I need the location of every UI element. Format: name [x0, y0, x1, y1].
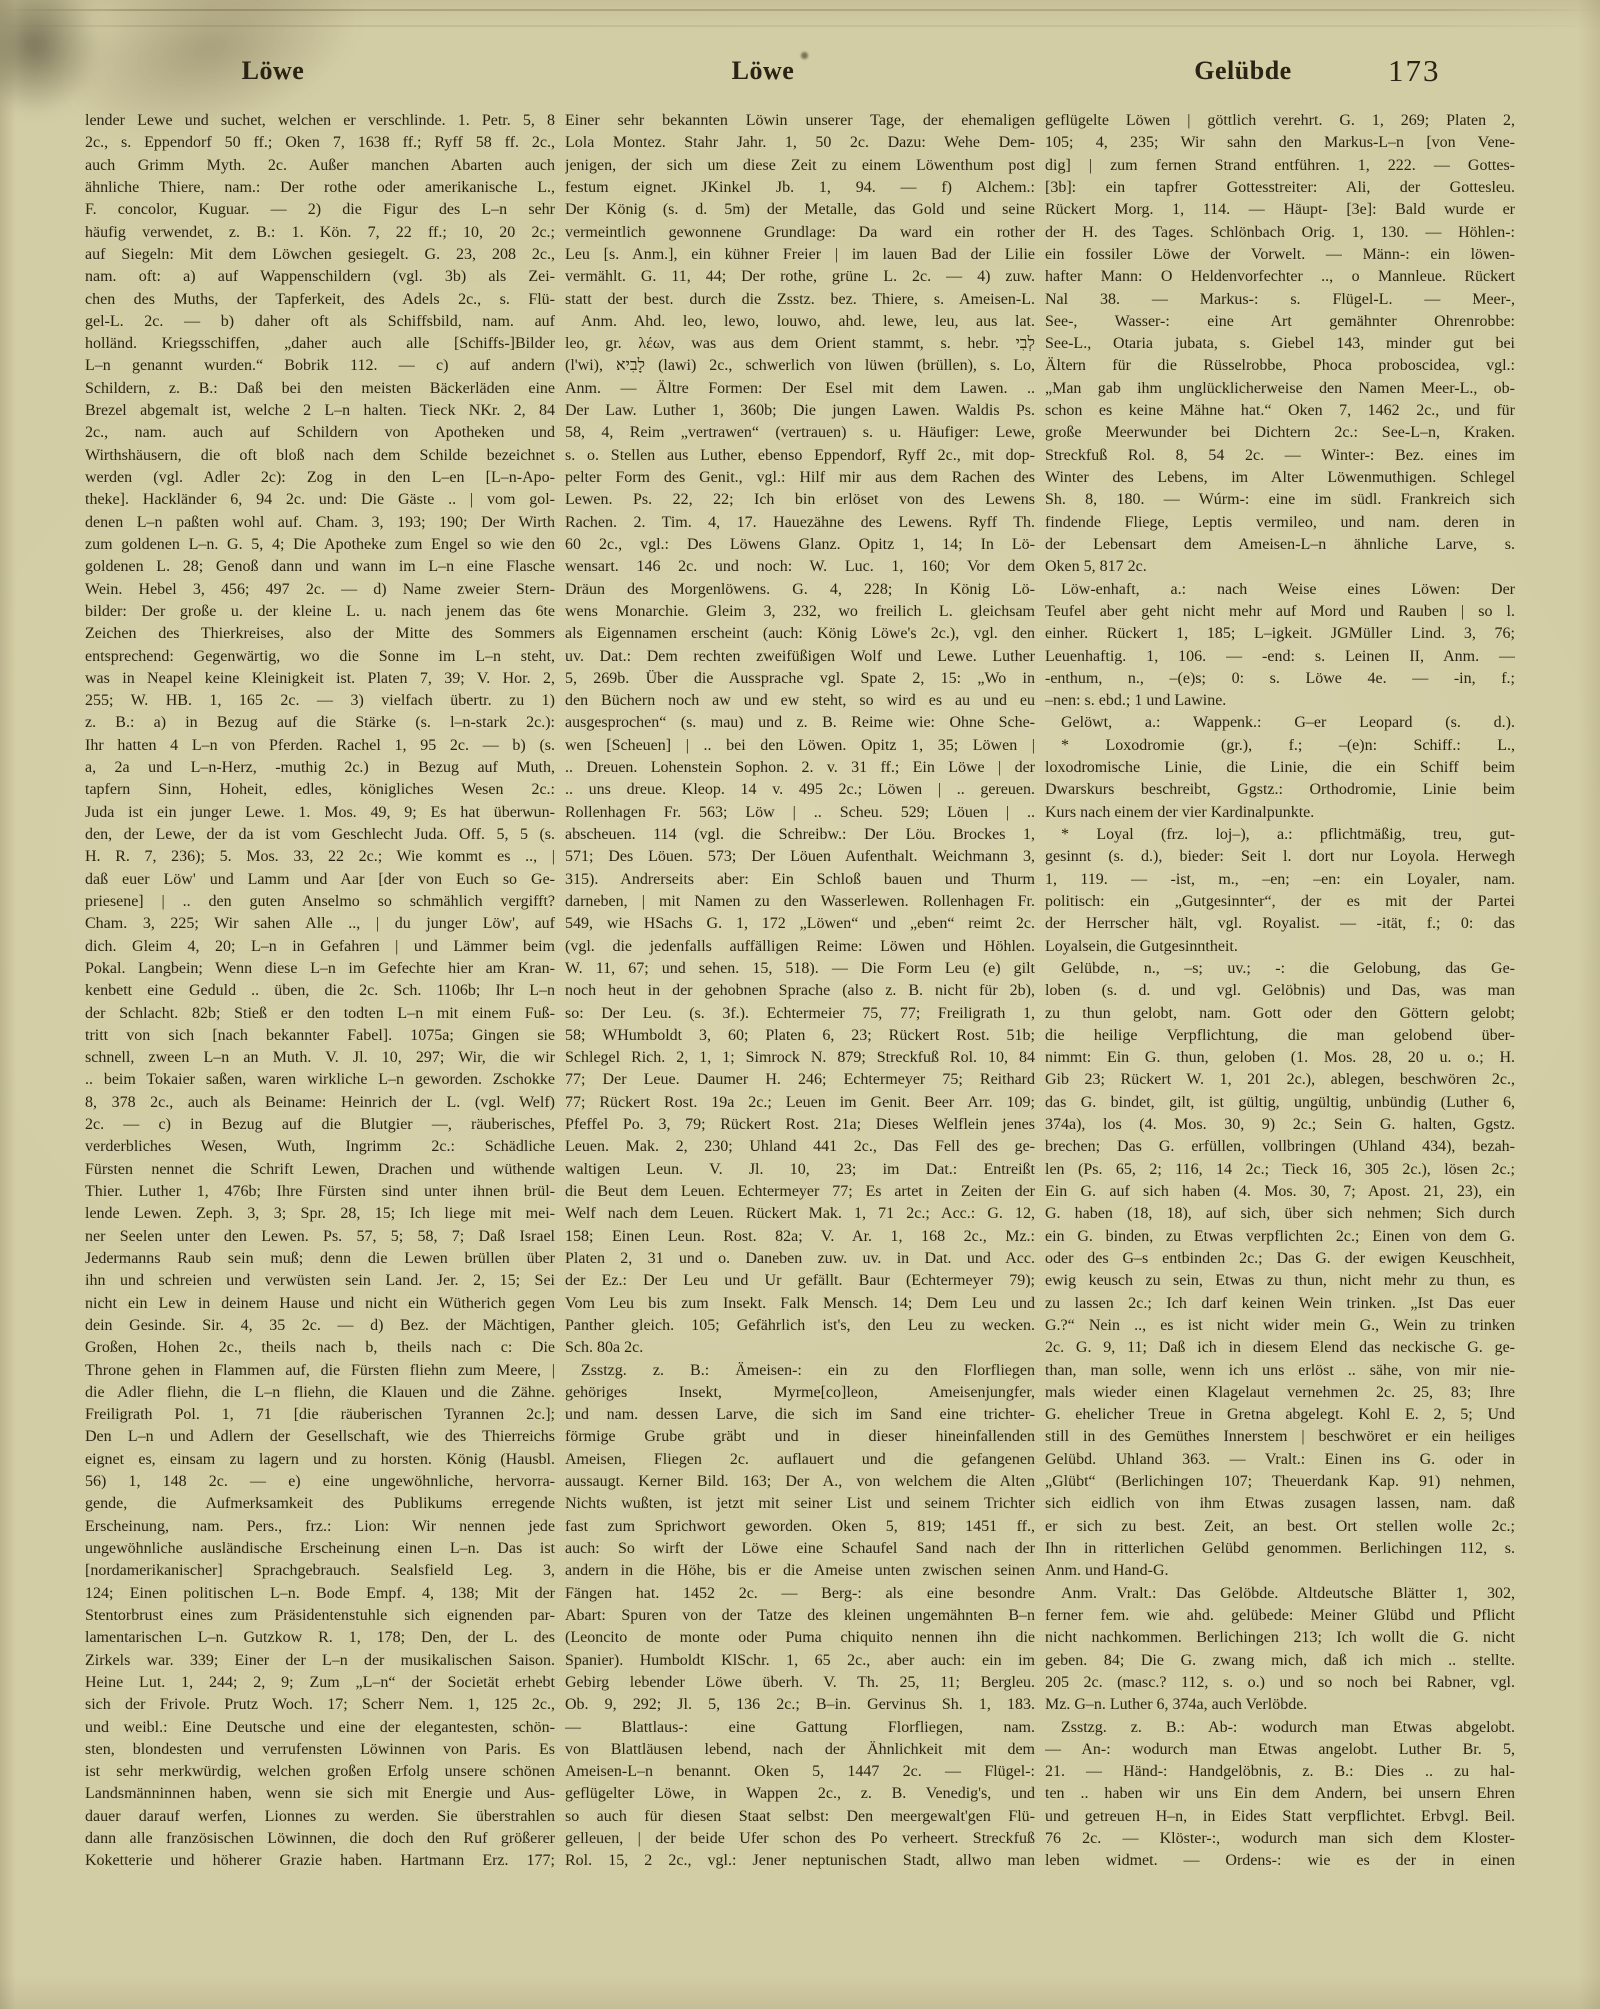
text-line: der Schlacht. 82b; Stieß er den todten L… — [85, 1003, 555, 1025]
text-line: kenbett eine Geduld .. üben, die 2c. Sch… — [85, 980, 555, 1002]
text-line: Fürsten nennet die Schrift Lewen, Drache… — [85, 1159, 555, 1181]
text-line: der H. des Tages. Schlönbach Orig. 1, 13… — [1045, 222, 1515, 244]
text-line: Gelöwt, a.: Wappenk.: G–er Leopard (s. d… — [1045, 712, 1515, 734]
text-line: Ein G. auf sich haben (4. Mos. 30, 7; Ap… — [1045, 1181, 1515, 1203]
text-line: nicht nachkommen. Berlichingen 213; Ich … — [1045, 1627, 1515, 1649]
text-line: Anm. und Hand-G. — [1045, 1560, 1515, 1582]
text-line: 205 2c. (masc.? 112, s. o.) und so noch … — [1045, 1672, 1515, 1694]
text-line: Streckfuß Rol. 8, 54 2c. — Winter-: Bez.… — [1045, 445, 1515, 467]
text-line: Loyalsein, die Gutgesinntheit. — [1045, 936, 1515, 958]
text-line: oder des G–s entbinden 2c.; Das G. der e… — [1045, 1248, 1515, 1270]
text-line: Brezel abgemalt ist, welche 2 L–n halten… — [85, 400, 555, 422]
running-head-center: Löwe — [690, 56, 836, 86]
text-line: geben. 84; Die G. zwang mich, daß ich mi… — [1045, 1650, 1515, 1672]
text-line: Juda ist ein junger Lewe. 1. Mos. 49, 9;… — [85, 802, 555, 824]
text-line: .. beim Tokaier saßen, waren wirkliche L… — [85, 1069, 555, 1091]
text-line: der Ez.: Der Leu und Ur gefällt. Baur (E… — [565, 1270, 1035, 1292]
text-line: gehöriges Insekt, Myrme[co]leon, Ameisen… — [565, 1382, 1035, 1404]
text-line: Koketterie und höherer Grazie haben. Har… — [85, 1850, 555, 1872]
text-line: Anm. Vralt.: Das Gelöbde. Altdeutsche Bl… — [1045, 1583, 1515, 1605]
text-line: Nal 38. — Markus-: s. Flügel-L. — Meer-, — [1045, 289, 1515, 311]
text-line: als Eigennamen erscheint (auch: König Lö… — [565, 623, 1035, 645]
text-line: 1, 119. — -ist, m., –en; –en: ein Loyale… — [1045, 869, 1515, 891]
text-line: den, der Lewe, der da ist vom Geschlecht… — [85, 824, 555, 846]
text-line: holländ. Kriegsschiffen, „daher auch all… — [85, 333, 555, 355]
text-line: Fängen hat. 1452 2c. — Berg-: als eine b… — [565, 1583, 1035, 1605]
text-line: aussaugt. Kerner Bild. 163; Der A., von … — [565, 1471, 1035, 1493]
text-line: sten, blondesten und verrufensten Löwinn… — [85, 1739, 555, 1761]
text-line: Spanier). Humboldt KlSchr. 1, 65 2c., ab… — [565, 1650, 1035, 1672]
text-line: den Büchern noch aw und ew steht, so wir… — [565, 690, 1035, 712]
text-line: Sch. 80a 2c. — [565, 1337, 1035, 1359]
text-line: die heilige Verpflichtung, die man gelob… — [1045, 1025, 1515, 1047]
text-line: theke]. Hackländer 6, 94 2c. und: Die Gä… — [85, 489, 555, 511]
text-line: 76 2c. — Klöster-:, wodurch man sich dem… — [1045, 1828, 1515, 1850]
text-line: „Glübt“ (Berlichingen 107; Theuerdank Ka… — [1045, 1471, 1515, 1493]
text-line: than, man solle, wenn ich uns erlöst .. … — [1045, 1360, 1515, 1382]
text-column-middle: Einer sehr bekannten Löwin unserer Tage,… — [565, 110, 1035, 1873]
text-line: Leu [s. Anm.], ein kühner Freier | im la… — [565, 244, 1035, 266]
text-line: wen [Scheuen] | .. bei den Löwen. Opitz … — [565, 735, 1035, 757]
text-line: zu thun gelobt, nam. Gott oder den Götte… — [1045, 1003, 1515, 1025]
text-line: Großen, Hohen 2c., theils nach b, theils… — [85, 1337, 555, 1359]
text-line: Den L–n und Adlern der Gesellschaft, wie… — [85, 1426, 555, 1448]
text-line: ungewöhnliche ausländische Erscheinung e… — [85, 1538, 555, 1560]
text-line: [3b]: ein tapfrer Gottesstreiter: Ali, d… — [1045, 177, 1515, 199]
text-line: still in des Gemüthes Innerstem | beschw… — [1045, 1426, 1515, 1448]
text-line: ein G. binden, zu Etwas verpflichten 2c.… — [1045, 1226, 1515, 1248]
text-line: bilder: Der große u. der kleine L. u. na… — [85, 601, 555, 623]
text-line: findende Fliege, Leptis vermileo, und na… — [1045, 512, 1515, 534]
text-line: gelleuen, | der beide Ufer schon des Po … — [565, 1828, 1035, 1850]
text-line: Vom Leu bis zum Insekt. Falk Mensch. 14;… — [565, 1293, 1035, 1315]
text-line: Mz. G–n. Luther 6, 374a, auch Verlöbde. — [1045, 1694, 1515, 1716]
text-line: daß euer Löw' und Lamm und Aar [der von … — [85, 869, 555, 891]
text-line: s. o. Stellen aus Luther, ebenso Eppendo… — [565, 445, 1035, 467]
text-line: Heine Lut. 1, 244; 2, 9; Zum „L–n“ der S… — [85, 1672, 555, 1694]
text-line: a, 2a und L–n-Herz, -muthig 2c.) in Bezu… — [85, 757, 555, 779]
text-line: loxodromische Linie, die Linie, die ein … — [1045, 757, 1515, 779]
text-line: was in Neapel keine Kleinigkeit ist. Pla… — [85, 668, 555, 690]
text-line: 77; Der Leue. Daumer H. 246; Echtermeyer… — [565, 1069, 1035, 1091]
text-line: nicht ein Lew in deinem Hause und nicht … — [85, 1293, 555, 1315]
text-line: denen L–n paßten wohl auf. Cham. 3, 193;… — [85, 512, 555, 534]
text-line: Löw-enhaft, a.: nach Weise eines Löwen: … — [1045, 579, 1515, 601]
text-line: mals wieder einen Klagelaut vernehmen 2c… — [1045, 1382, 1515, 1404]
text-line: Freiligrath Pol. 1, 71 [die räuberischen… — [85, 1404, 555, 1426]
text-line: See-L., Otaria jubata, s. Giebel 143, mi… — [1045, 333, 1515, 355]
text-line: lende Lewen. Zeph. 3, 3; Spr. 28, 15; Ic… — [85, 1203, 555, 1225]
text-line: 58, 4, Reim „vertrawen“ (vertrauen) s. u… — [565, 422, 1035, 444]
text-line: ausgesprochen“ (s. mau) und z. B. Reime … — [565, 712, 1035, 734]
text-line: z. B.: a) in Bezug auf die Stärke (s. l–… — [85, 712, 555, 734]
text-line: ist sehr merkwürdig, welchen großen Erfo… — [85, 1761, 555, 1783]
text-line: Stentorbrust eines zum Präsidentenstuhle… — [85, 1605, 555, 1627]
text-line: Oken 5, 817 2c. — [1045, 556, 1515, 578]
text-line: F. concolor, Kuguar. — 2) die Figur des … — [85, 199, 555, 221]
text-line: die Beut dem Leuen. Echtermeyer 77; Es a… — [565, 1181, 1035, 1203]
text-line: entsprechend: Gegenwärtig, wo die Sonne … — [85, 646, 555, 668]
text-line: ihn und schreien und verwüsten sein Land… — [85, 1270, 555, 1292]
text-line: vermählt. G. 11, 44; Der rothe, grüne L.… — [565, 266, 1035, 288]
text-line: Ältern für die Rüsselrobbe, Phoca probos… — [1045, 355, 1515, 377]
text-line: ten .. haben wir uns Ein dem Andern, bei… — [1045, 1783, 1515, 1805]
text-line: Abart: Spuren von der Tatze des kleinen … — [565, 1605, 1035, 1627]
text-line: * Loxodromie (gr.), f.; –(e)n: Schiff.: … — [1045, 735, 1515, 757]
text-line: wensart. 146 2c. und noch: W. Luc. 1, 16… — [565, 556, 1035, 578]
text-line: Einer sehr bekannten Löwin unserer Tage,… — [565, 110, 1035, 132]
text-line: 58; WHumboldt 3, 60; Platen 6, 23; Rücke… — [565, 1025, 1035, 1047]
text-line: große Meerwunder bei Dichtern 2c.: See-L… — [1045, 422, 1515, 444]
text-line: Anm. Ahd. leo, lewo, louwo, ahd. lewe, l… — [565, 311, 1035, 333]
text-line: förmige Grube gräbt und in dieser hinein… — [565, 1426, 1035, 1448]
text-line: tapfern Sinn, Hoheit, edles, königliches… — [85, 779, 555, 801]
text-line: auf Siegeln: Mit dem Löwchen gesiegelt. … — [85, 244, 555, 266]
text-line: Thier. Luther 1, 476b; Ihre Fürsten sind… — [85, 1181, 555, 1203]
text-line: leben widmet. — Ordens-: wie es der in e… — [1045, 1850, 1515, 1872]
text-line: 374a), los (4. Mos. 30, 9) 2c.; Sein G. … — [1045, 1114, 1515, 1136]
text-line: Der Law. Luther 1, 360b; Die jungen Lawe… — [565, 400, 1035, 422]
text-column-right: geflügelte Löwen | göttlich verehrt. G. … — [1045, 110, 1515, 1873]
text-line: gende, die Aufmerksamkeit des Publikums … — [85, 1493, 555, 1515]
text-line: geflügelter Löwe, in Wappen 2c., z. B. V… — [565, 1783, 1035, 1805]
text-line: dann alle französischen Löwinnen, die do… — [85, 1828, 555, 1850]
text-line: Lola Montez. Stahr Jahr. 1, 50 2c. Dazu:… — [565, 132, 1035, 154]
text-line: „Man gab ihm unglücklicherweise den Name… — [1045, 378, 1515, 400]
text-line: auch Grimm Myth. 2c. Außer manchen Abart… — [85, 155, 555, 177]
text-line: Zirkels war. 339; Einer der L–n der musi… — [85, 1650, 555, 1672]
text-line: Zsstzg. z. B.: Ab-: wodurch man Etwas ab… — [1045, 1717, 1515, 1739]
text-line: Rollenhagen Fr. 563; Löw | .. Scheu. 529… — [565, 802, 1035, 824]
text-line: 571; Des Löuen. 573; Der Löuen Aufenthal… — [565, 846, 1035, 868]
text-line: noch heut in der gehobnen Sprache (also … — [565, 980, 1035, 1002]
text-line: so: Der Leu. (s. 3f.). Echtermeier 75, 7… — [565, 1003, 1035, 1025]
text-line: sich eidlich von ihm Etwas zusagen lasse… — [1045, 1493, 1515, 1515]
text-line: Gib 23; Rückert W. 1, 201 2c.), ablegen,… — [1045, 1069, 1515, 1091]
paper-crease — [0, 9, 1600, 11]
text-line: Zeichen des Thierkreises, also der Mitte… — [85, 623, 555, 645]
text-line: abscheuen. 114 (vgl. die Schreibw.: Der … — [565, 824, 1035, 846]
text-line: 21. — Händ-: Handgelöbnis, z. B.: Dies .… — [1045, 1761, 1515, 1783]
text-line: wens Monarchie. Gleim 3, 232, wo freilic… — [565, 601, 1035, 623]
text-line: 158; Einen Leun. Rost. 82a; V. Ar. 1, 16… — [565, 1226, 1035, 1248]
text-line: Kurs nach einem der vier Kardinalpunkte. — [1045, 802, 1515, 824]
text-line: fast zum Sprichwort geworden. Oken 5, 81… — [565, 1516, 1035, 1538]
text-line: das G. bindet, gilt, ist gültig, ungülti… — [1045, 1092, 1515, 1114]
text-line: ner Seelen unter den Lewen. Ps. 57, 5; 5… — [85, 1226, 555, 1248]
text-line: G. ehelicher Treue in Gretna abgelegt. K… — [1045, 1404, 1515, 1426]
text-line: chen des Muths, der Tapferkeit, des Adel… — [85, 289, 555, 311]
text-line: Ameisen, Fliegen 2c. auflauert und die g… — [565, 1449, 1035, 1471]
text-line: Leuen. Mak. 2, 230; Uhland 441 2c., Das … — [565, 1136, 1035, 1158]
text-line: 549, wie HSachs G. 1, 172 „Löwen“ und „e… — [565, 913, 1035, 935]
text-line: 77; Rückert Rost. 19a 2c.; Leuen im Geni… — [565, 1092, 1035, 1114]
text-line: der Lebensart dem Ameisen-L–n ähnliche L… — [1045, 534, 1515, 556]
text-line: Gebirg lebender Löwe überh. V. Th. 25, 1… — [565, 1672, 1035, 1694]
text-line: H. R. 7, 236); 5. Mos. 33, 22 2c.; Wie k… — [85, 846, 555, 868]
text-line: er sich zu best. Zeit, an best. Ort stel… — [1045, 1516, 1515, 1538]
text-line: Welf nach dem Leuen. Rückert Mak. 1, 71 … — [565, 1203, 1035, 1225]
text-line: (l'wi), לָבִיא (lawi) 2c., schwerlich vo… — [565, 355, 1035, 377]
text-line: priesene] | .. den guten Anselmo so schm… — [85, 891, 555, 913]
text-line: ewig keusch zu sein, Etwas zu thun, nich… — [1045, 1270, 1515, 1292]
text-line: Teufel aber geht nicht mehr auf Mord und… — [1045, 601, 1515, 623]
text-line: 2c., nam. auch auf Schildern von Apothek… — [85, 422, 555, 444]
text-line: auch: So wirft der Löwe eine Schaufel Sa… — [565, 1538, 1035, 1560]
text-line: Lewen. Ps. 22, 22; Ich bin erlöset von d… — [565, 489, 1035, 511]
text-line: darneben, | mit Namen zu den Wasserlewen… — [565, 891, 1035, 913]
text-line: dein Gesinde. Sir. 4, 35 2c. — d) Bez. d… — [85, 1315, 555, 1337]
text-line: L–n genannt wurden.“ Bobrik 112. — c) au… — [85, 355, 555, 377]
text-line: dauer darauf werfen, Lionnes zu werden. … — [85, 1806, 555, 1828]
text-line: Der König (s. d. 5m) der Metalle, das Go… — [565, 199, 1035, 221]
text-line: (Leoncito de monte oder Puma chiquito ne… — [565, 1627, 1035, 1649]
text-line: len (Ps. 65, 2; 116, 14 2c.; Tieck 16, 3… — [1045, 1159, 1515, 1181]
text-line: goldenen L. 28; Genoß dann und wann im L… — [85, 556, 555, 578]
text-line: zu lassen 2c.; Ich darf keinen Wein trin… — [1045, 1293, 1515, 1315]
text-line: 2c., s. Eppendorf 50 ff.; Oken 7, 1638 f… — [85, 132, 555, 154]
text-line: einher. Rückert 1, 185; L–igkeit. JGMüll… — [1045, 623, 1515, 645]
text-line: die Adler fliehn, die L–n fliehn, die Kl… — [85, 1382, 555, 1404]
text-line: Rachen. 2. Tim. 4, 17. Hauezähne des Lew… — [565, 512, 1035, 534]
text-line: und nam. dessen Larve, die sich im Sand … — [565, 1404, 1035, 1426]
text-line: Landsmänninnen haben, wenn sie sich mit … — [85, 1783, 555, 1805]
text-line: Gelübd. Uhland 363. — Vralt.: Einen ins … — [1045, 1449, 1515, 1471]
text-line: Sh. 8, 180. — Wúrm-: eine im südl. Frank… — [1045, 489, 1515, 511]
text-line: 2c. — c) in Bezug auf die Blutgier —, rä… — [85, 1114, 555, 1136]
text-line: verderbliches Wesen, Wuth, Ingrimm 2c.: … — [85, 1136, 555, 1158]
text-line: 315). Andrerseits aber: Ein Schloß bauen… — [565, 869, 1035, 891]
text-line: –nen: s. ebd.; 1 und Lawine. — [1045, 690, 1515, 712]
text-line: G.?“ Nein .., es ist nicht wider mein G.… — [1045, 1315, 1515, 1337]
text-line: 56) 1, 148 2c. — e) eine ungewöhnliche, … — [85, 1471, 555, 1493]
text-line: Leuenhaftig. 1, 106. — -end: s. Leinen I… — [1045, 646, 1515, 668]
text-line: 8, 378 2c., auch als Beiname: Heinrich d… — [85, 1092, 555, 1114]
text-line: See-, Wasser-: eine Art gemähnter Ohrenr… — [1045, 311, 1515, 333]
text-line: Throne gehen in Flammen auf, die Fürsten… — [85, 1360, 555, 1382]
text-line: lender Lewe und suchet, welchen er versc… — [85, 110, 555, 132]
text-line: Ihn in ritterlichen Gelübd genommen. Ber… — [1045, 1538, 1515, 1560]
text-line: * Loyal (frz. loj–), a.: pflichtmäßig, t… — [1045, 824, 1515, 846]
text-line: Schildern, z. B.: Daß bei den meisten Bä… — [85, 378, 555, 400]
text-line: Wirthshäusern, die oft bloß nach dem Sch… — [85, 445, 555, 467]
text-line: schon es keine Mähne hat.“ Oken 7, 1462 … — [1045, 400, 1515, 422]
text-line: von Blattläusen lebend, nach der Ähnlich… — [565, 1739, 1035, 1761]
page-number: 173 — [1388, 53, 1508, 89]
text-line: loben (s. d. und vgl. Gelöbnis) und Das,… — [1045, 980, 1515, 1002]
text-line: schnell, zween L–n an Muth. V. Jl. 10, 2… — [85, 1047, 555, 1069]
text-line: Ob. 9, 292; Jl. 5, 136 2c.; B–in. Gervin… — [565, 1694, 1035, 1716]
text-line: und weibl.: Eine Deutsche und eine der e… — [85, 1717, 555, 1739]
text-line: zum goldenen L–n. G. 5, 4; Die Apotheke … — [85, 534, 555, 556]
text-line: eignet es, einsam zu lagern und zu horst… — [85, 1449, 555, 1471]
text-line: politisch: ein „Gutgesinnter“, der es mi… — [1045, 891, 1515, 913]
text-line: nam. oft: a) auf Wappenschildern (vgl. 3… — [85, 266, 555, 288]
text-line: Schlegel Rich. 2, 1, 1; Simrock N. 879; … — [565, 1047, 1035, 1069]
text-line: Winter des Lebens, im Alter Löwenmuthige… — [1045, 467, 1515, 489]
text-line: festum eignet. JKinkel Jb. 1, 94. — f) A… — [565, 177, 1035, 199]
text-line: — An-: wodurch man Etwas angelobt. Luthe… — [1045, 1739, 1515, 1761]
text-line: sich der Frivole. Prutz Woch. 17; Scherr… — [85, 1694, 555, 1716]
text-line: werden (vgl. Adler 2c): Zog in den L–en … — [85, 467, 555, 489]
text-line: vermeintlich gewonnene Grundlage: Da war… — [565, 222, 1035, 244]
text-line: Ihr hatten 4 L–n von Pferden. Rachel 1, … — [85, 735, 555, 757]
text-line: [nordamerikanischer] Sprachgebrauch. Sea… — [85, 1560, 555, 1582]
text-column-left: lender Lewe und suchet, welchen er versc… — [85, 110, 555, 1873]
text-line: 60 2c., vgl.: Des Löwens Glanz. Opitz 1,… — [565, 534, 1035, 556]
text-line: Dwarskurs beschreibt, Ggstz.: Orthodromi… — [1045, 779, 1515, 801]
text-line: gesinnt (s. d.), bieder: Seit l. dort nu… — [1045, 846, 1515, 868]
text-line: geflügelte Löwen | göttlich verehrt. G. … — [1045, 110, 1515, 132]
text-line: gel-L. 2c. — b) daher oft als Schiffsbil… — [85, 311, 555, 333]
text-line: 124; Einen politischen L–n. Bode Empf. 4… — [85, 1583, 555, 1605]
text-line: (vgl. die jedenfalls auffälligen Reime: … — [565, 936, 1035, 958]
text-line: Nichts wußten, ist jetzt mit seiner List… — [565, 1493, 1035, 1515]
running-head: Löwe Löwe Gelübde 173 — [0, 56, 1600, 90]
text-line: nimmt: Ein G. thun, geloben (1. Mos. 28,… — [1045, 1047, 1515, 1069]
text-line: ein fossiler Löwe der Vorwelt. — Männ-: … — [1045, 244, 1515, 266]
text-line: dig] | zum fernen Strand entführen. 1, 2… — [1045, 155, 1515, 177]
text-line: pelter Form des Genit., vgl.: Hilf mir a… — [565, 467, 1035, 489]
text-line: 105; 4, 235; Wir sahn den Markus-L–n [vo… — [1045, 132, 1515, 154]
text-line: tritt von sich [nach bekannter Fabel]. 1… — [85, 1025, 555, 1047]
text-line: hafter Mann: O Heldenvorfechter .., o Ma… — [1045, 266, 1515, 288]
text-line: lamentarischen L–n. Gutzkow R. 1, 178; D… — [85, 1627, 555, 1649]
text-line: Wein. Hebel 3, 456; 497 2c. — d) Name zw… — [85, 579, 555, 601]
text-line: Zsstzg. z. B.: Ämeisen-: ein zu den Flor… — [565, 1360, 1035, 1382]
text-line: brechen; Das G. erfüllen, vollbringen (U… — [1045, 1136, 1515, 1158]
text-line: Pokal. Langbein; Wenn diese L–n im Gefec… — [85, 958, 555, 980]
text-line: der Herrscher hält, vgl. Royalist. — -it… — [1045, 913, 1515, 935]
text-line: waltigen Leun. V. Jl. 10, 23; im Dat.: E… — [565, 1159, 1035, 1181]
text-line: Panther gleich. 105; Gefährlich ist's, d… — [565, 1315, 1035, 1337]
running-head-left: Löwe — [200, 56, 346, 86]
text-line: statt der best. durch die Zsstz. bez. Th… — [565, 289, 1035, 311]
text-line: Cham. 3, 225; Wir sahen Alle .., | du ju… — [85, 913, 555, 935]
text-line: uv. Dat.: Dem rechten zweifüßigen Wolf u… — [565, 646, 1035, 668]
text-line: G. haben (18, 18), auf sich, über sich n… — [1045, 1203, 1515, 1225]
text-line: .. Dreuen. Lohenstein Sophon. 2. v. 31 f… — [565, 757, 1035, 779]
text-line: W. 11, 67; und sehen. 15, 518). — Die Fo… — [565, 958, 1035, 980]
text-line: 5, 269b. Über die Aussprache vgl. Spate … — [565, 668, 1035, 690]
text-line: so auch für diesen Staat selbst: Den mee… — [565, 1806, 1035, 1828]
text-line: Ameisen-L–n benannt. Oken 5, 1447 2c. — … — [565, 1761, 1035, 1783]
text-line: Erscheinung, nam. Pers., frz.: Lion: Wir… — [85, 1516, 555, 1538]
text-line: ferner fem. wie ahd. gelübede: Meiner Gl… — [1045, 1605, 1515, 1627]
text-line: 2c. G. 9, 11; Daß ich in diesem Elend da… — [1045, 1337, 1515, 1359]
text-line: Gelübde, n., –s; uv.; -: die Gelobung, d… — [1045, 958, 1515, 980]
paper-crease — [0, 25, 1600, 27]
text-line: dich. Gleim 4, 20; L–n in Gefahren | und… — [85, 936, 555, 958]
text-line: Anm. — Ältre Formen: Der Esel mit dem La… — [565, 378, 1035, 400]
text-line: jenigen, der sich um diese Zeit zu einem… — [565, 155, 1035, 177]
text-line: und getreuen H–n, in Eides Statt verpfli… — [1045, 1806, 1515, 1828]
text-line: Platen 2, 31 und o. Daneben zuw. uv. in … — [565, 1248, 1035, 1270]
text-line: -enthum, n., –(e)s; 0: s. Löwe 4e. — -in… — [1045, 668, 1515, 690]
text-line: Dräun des Morgenlöwens. G. 4, 228; In Kö… — [565, 579, 1035, 601]
text-line: Rückert Morg. 1, 114. — Häupt- [3e]: Bal… — [1045, 199, 1515, 221]
text-line: — Blattlaus-: eine Gattung Florfliegen, … — [565, 1717, 1035, 1739]
text-line: andern in die Höhe, bis er die Ameise un… — [565, 1560, 1035, 1582]
text-line: leo, gr. λέων, was aus dem Orient stammt… — [565, 333, 1035, 355]
text-line: ähnliche Thiere, nam.: Der rothe oder am… — [85, 177, 555, 199]
text-line: 255; W. HB. 1, 165 2c. — 3) vielfach übe… — [85, 690, 555, 712]
text-line: .. uns dreue. Kleop. 14 v. 495 2c.; Löwe… — [565, 779, 1035, 801]
text-line: Jedermanns Raub sein muß; denn die Lewen… — [85, 1248, 555, 1270]
text-line: häufig verwendet, z. B.: 1. Kön. 7, 22 f… — [85, 222, 555, 244]
running-head-right: Gelübde — [1158, 56, 1328, 86]
text-line: Pfeffel Po. 3, 79; Rückert Rost. 21a; Di… — [565, 1114, 1035, 1136]
text-line: Rol. 15, 2 2c., vgl.: Jener neptunischen… — [565, 1850, 1035, 1872]
